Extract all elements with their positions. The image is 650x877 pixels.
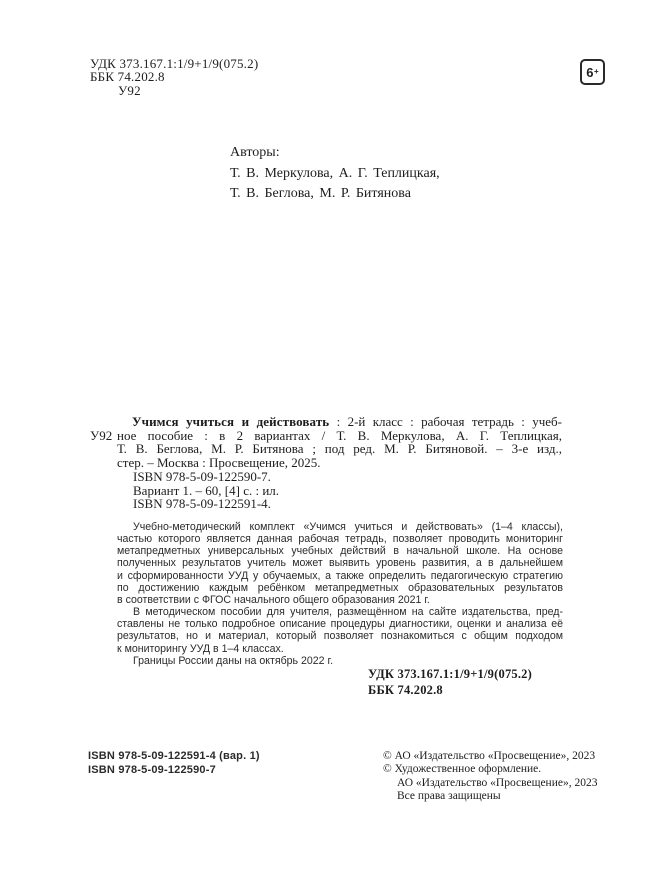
- annotation-line: ставлены не только подробное описание пр…: [117, 618, 563, 630]
- bibliographic-entry: У92 Учимся учиться и действовать : 2-й к…: [117, 415, 562, 511]
- annotation-line: частью которого является данная рабочая …: [117, 533, 563, 545]
- isbn-variant: ISBN 978-5-09-122591-4 (вар. 1): [88, 750, 260, 764]
- biblio-isbn: ISBN 978-5-09-122590-7.: [117, 470, 562, 484]
- authors-line: Т. В. Беглова, М. Р. Битянова: [230, 184, 440, 205]
- copyright-line: © Художественное оформление.: [383, 763, 597, 776]
- top-classification-codes: УДК 373.167.1:1/9+1/9(075.2) ББК 74.202.…: [90, 57, 258, 97]
- age-rating-plus: +: [594, 68, 599, 76]
- biblio-margin-code: У92: [90, 429, 112, 443]
- copyright-line: Все права защищены: [383, 790, 597, 803]
- footer-isbn-block: ISBN 978-5-09-122591-4 (вар. 1) ISBN 978…: [88, 750, 260, 777]
- copyright-line: АО «Издательство «Просвещение», 2023: [383, 777, 597, 790]
- biblio-line: ное пособие : в 2 вариантах / Т. В. Мерк…: [117, 429, 562, 443]
- copyright-line: © АО «Издательство «Просвещение», 2023: [383, 750, 597, 763]
- annotation-line: по достижению каждым ребёнком метапредме…: [117, 582, 563, 594]
- authors-block: Авторы: Т. В. Меркулова, А. Г. Теплицкая…: [230, 143, 440, 205]
- book-imprint-page: УДК 373.167.1:1/9+1/9(075.2) ББК 74.202.…: [0, 0, 650, 877]
- annotation-line: результатов, но и материал, который позв…: [117, 630, 563, 642]
- biblio-isbn: ISBN 978-5-09-122591-4.: [117, 497, 562, 511]
- author-sign-code: У92: [90, 84, 258, 97]
- book-title: Учимся учиться и действовать: [132, 414, 329, 429]
- annotation-line: в соответствии с ФГОС начального общего …: [117, 594, 563, 606]
- udk-code: УДК 373.167.1:1/9+1/9(075.2): [368, 666, 532, 682]
- annotation-line: и сформированности УУД у обучаемых, а та…: [117, 570, 563, 582]
- authors-heading: Авторы:: [230, 143, 440, 164]
- bottom-classification-codes: УДК 373.167.1:1/9+1/9(075.2) ББК 74.202.…: [368, 666, 532, 698]
- footer-copyright-block: © АО «Издательство «Просвещение», 2023 ©…: [383, 750, 597, 804]
- biblio-variant: Вариант 1. – 60, [4] с. : ил.: [117, 484, 562, 498]
- annotation-line: метапредметных универсальных учебных дей…: [117, 545, 563, 557]
- udk-code: УДК 373.167.1:1/9+1/9(075.2): [90, 57, 258, 70]
- authors-line: Т. В. Меркулова, А. Г. Теплицкая,: [230, 164, 440, 185]
- annotation-block: Учебно-методический комплект «Учимся учи…: [117, 521, 563, 667]
- age-rating-number: 6: [586, 65, 593, 80]
- biblio-line: стер. – Москва : Просвещение, 2025.: [117, 456, 562, 470]
- bbk-code: ББК 74.202.8: [90, 70, 258, 83]
- isbn-main: ISBN 978-5-09-122590-7: [88, 764, 260, 778]
- biblio-title-line: Учимся учиться и действовать : 2-й класс…: [117, 415, 562, 429]
- annotation-line: Учебно-методический комплект «Учимся учи…: [117, 521, 563, 533]
- annotation-line: В методическом пособии для учителя, разм…: [117, 606, 563, 618]
- annotation-line: к мониторингу УУД в 1–4 классах.: [117, 643, 563, 655]
- bbk-code: ББК 74.202.8: [368, 682, 532, 698]
- biblio-line: Т. В. Беглова, М. Р. Битянова ; под ред.…: [117, 442, 562, 456]
- age-rating-badge: 6+: [580, 59, 605, 85]
- annotation-line: полученных результатов учитель может выя…: [117, 557, 563, 569]
